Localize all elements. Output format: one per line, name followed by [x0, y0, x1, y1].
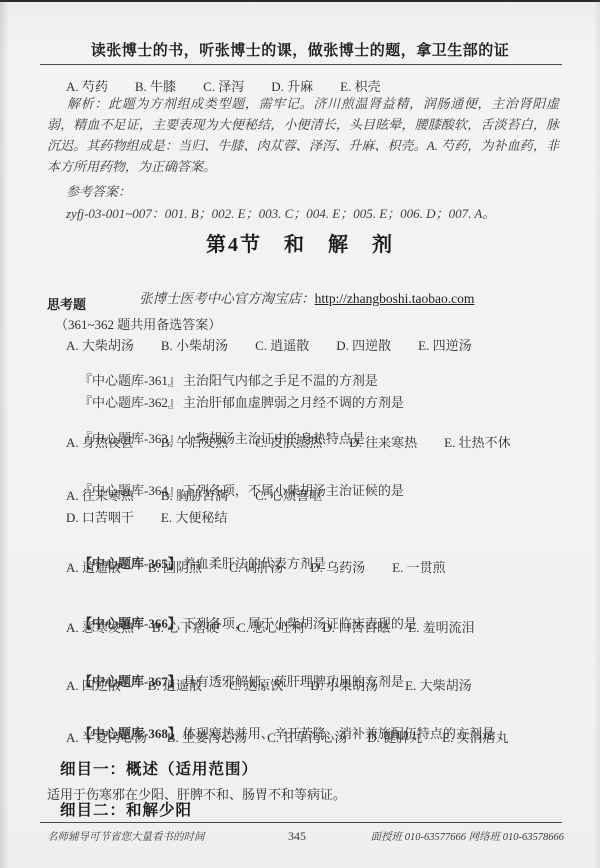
- option: A. 四逆散: [66, 677, 121, 695]
- question-tag: 『中心题库-362』: [79, 395, 181, 410]
- option: E. 大柴胡汤: [405, 677, 471, 695]
- analysis-paragraph: 解析：此题为方剂组成类型题，需牢记。济川煎温肾益精，润肠通便，主治肾阳虚弱，精血…: [47, 93, 559, 177]
- option: C. 皮肤蒸热: [255, 434, 322, 452]
- shared-options-line: A. 大柴胡汤 B. 小柴胡汤 C. 逍遥散 D. 四逆散 E. 四逆汤: [66, 337, 472, 355]
- option: D. 健脾丸: [367, 729, 422, 747]
- option: A. 逍遥散: [66, 559, 121, 577]
- option: C. 调肝汤: [229, 559, 283, 577]
- think-questions-label: 思考题: [47, 296, 86, 314]
- option: B. 胸胁苦满: [161, 487, 228, 505]
- question-367-options: A. 四逆散 B. 逍遥散 C. 达原饮 D. 小柴胡汤 E. 大柴胡汤: [66, 677, 472, 695]
- option: B. 逍遥散: [148, 677, 202, 695]
- subsection-heading-2: 细目二：和解少阳: [60, 802, 192, 820]
- scan-edge-left: [0, 0, 10, 868]
- footer-rule: [40, 822, 562, 823]
- section-title: 第4节 和 解 剂: [0, 236, 600, 254]
- option: D. 口苦咽干: [66, 509, 134, 527]
- option: A. 恶寒发热: [66, 619, 134, 637]
- option: D. 口苦目眩: [322, 619, 390, 637]
- option: C. 达原饮: [229, 677, 283, 695]
- option: E. 一贯煎: [392, 559, 445, 577]
- store-label: 张博士医考中心官方淘宝店：: [139, 291, 315, 306]
- option: B. 心下痞硬: [152, 619, 219, 637]
- option: D. 往来寒热: [349, 434, 417, 452]
- question-363-options: A. 身热夜甚 B. 午后发热 C. 皮肤蒸热 D. 往来寒热 E. 壮热不休: [66, 434, 511, 452]
- question-368-options: A. 半夏泻心汤 B. 生姜泻心汤 C. 甘草泻心汤 D. 健脾丸 E. 实消痞…: [66, 729, 509, 747]
- page-number: 345: [288, 827, 306, 845]
- footer-right-contacts: 面授班 010-63577666 网络班 010-63578666: [371, 829, 564, 847]
- option: A. 大柴胡汤: [66, 337, 134, 355]
- scan-edge-top: [0, 0, 600, 2]
- option: D. 小柴胡汤: [310, 677, 378, 695]
- store-url: http://zhangboshi.taobao.com: [315, 291, 475, 306]
- question-364-options-row2: D. 口苦咽干 E. 大便秘结: [66, 509, 227, 527]
- question-366-options: A. 恶寒发热 B. 心下痞硬 C. 恶心吐利 D. 口苦目眩 E. 羞明流泪: [66, 619, 475, 637]
- question-364-options-row1: A. 往来寒热 B. 胸胁苦满 C. 心烦喜呕: [66, 487, 322, 505]
- subsection-heading-1: 细目一：概述（适用范围）: [60, 761, 258, 779]
- question-stem: 主治肝郁血虚脾弱之月经不调的方剂是: [183, 395, 404, 410]
- option: B. 生姜泻心汤: [167, 729, 247, 747]
- option: B. 固阴煎: [148, 559, 202, 577]
- option: D. 乌药汤: [310, 559, 365, 577]
- option: E. 壮热不休: [444, 434, 510, 452]
- header-rule: [40, 64, 562, 65]
- option: E. 大便秘结: [161, 509, 227, 527]
- footer-left-note: 名师辅导可节省您大量看书的时间: [47, 829, 205, 847]
- question-365-options: A. 逍遥散 B. 固阴煎 C. 调肝汤 D. 乌药汤 E. 一贯煎: [66, 559, 446, 577]
- reference-answer-line: zyfj-03-001~007：001. B；002. E；003. C；004…: [66, 205, 495, 223]
- option: A. 半夏泻心汤: [66, 729, 147, 747]
- option: A. 往来寒热: [66, 487, 134, 505]
- reference-answer-label: 参考答案：: [66, 183, 131, 201]
- option: C. 恶心吐利: [237, 619, 304, 637]
- option: C. 心烦喜呕: [255, 487, 322, 505]
- scanned-document-page: 读张博士的书，听张博士的课，做张博士的题，拿卫生部的证 A. 芍药 B. 牛膝 …: [0, 0, 600, 868]
- header-slogan: 读张博士的书，听张博士的课，做张博士的题，拿卫生部的证: [0, 42, 600, 60]
- shared-answers-note: （361~362 题共用备选答案）: [55, 316, 221, 334]
- option: A. 身热夜甚: [66, 434, 134, 452]
- option: D. 四逆散: [336, 337, 391, 355]
- option: B. 午后发热: [161, 434, 228, 452]
- option: B. 小柴胡汤: [161, 337, 228, 355]
- scan-edge-right: [592, 0, 600, 868]
- option: C. 逍遥散: [255, 337, 309, 355]
- option: E. 羞明流泪: [408, 619, 474, 637]
- option: E. 四逆汤: [418, 337, 471, 355]
- option: E. 实消痞丸: [442, 729, 508, 747]
- option: C. 甘草泻心汤: [267, 729, 347, 747]
